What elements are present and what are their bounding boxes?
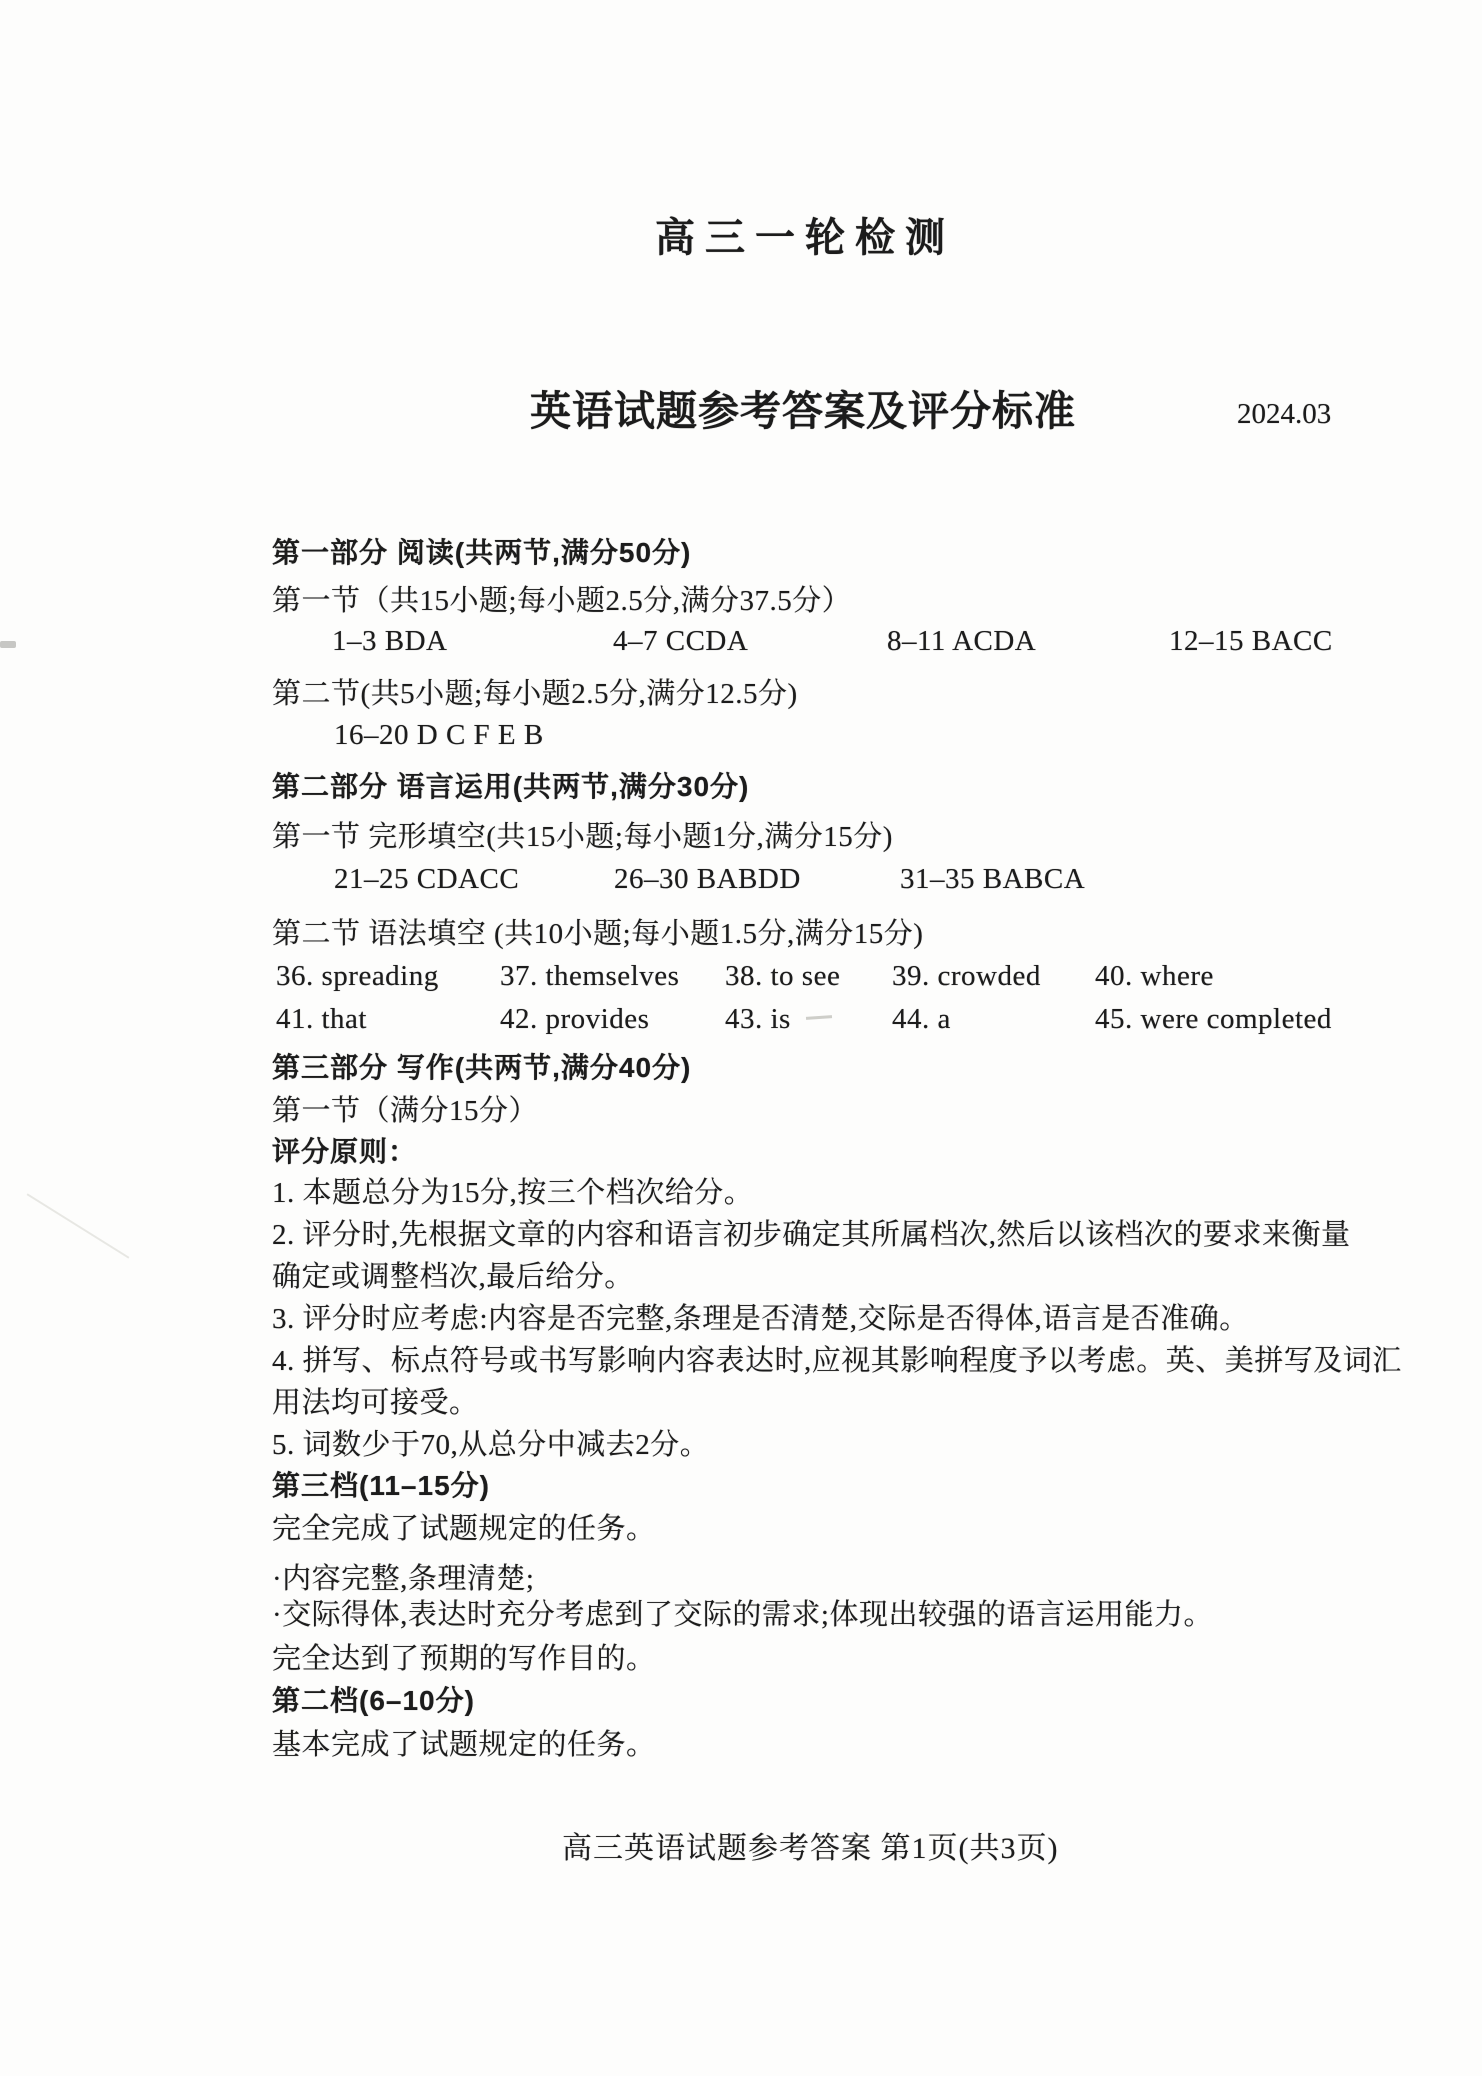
document-subtitle: 英语试题参考答案及评分标准 xyxy=(530,378,1076,437)
part1-section1-label: 第一节（共15小题;每小题2.5分,满分37.5分） xyxy=(272,578,851,619)
band3-line-1: 完全完成了试题规定的任务。 xyxy=(272,1506,656,1547)
band3-line-2: ·内容完整,条理清楚; xyxy=(272,1556,534,1597)
answer-38: 38. to see xyxy=(725,960,840,993)
band2-heading: 第二档(6–10分) xyxy=(272,1679,475,1719)
principle-4: 4. 拼写、标点符号或书写影响内容表达时,应视其影响程度予以考虑。英、美拼写及词… xyxy=(272,1338,1402,1379)
band3-line-3: ·交际得体,表达时充分考虑到了交际的需求;体现出较强的语言运用能力。 xyxy=(272,1592,1213,1633)
part2-section1-answers: 21–25 CDACC 26–30 BABDD 31–35 BABCA xyxy=(0,863,1482,903)
answer-range-31-35: 31–35 BABCA xyxy=(900,863,1085,896)
principle-1: 1. 本题总分为15分,按三个档次给分。 xyxy=(272,1170,753,1211)
document-date: 2024.03 xyxy=(1237,398,1331,431)
principle-3: 3. 评分时应考虑:内容是否完整,条理是否清楚,交际是否得体,语言是否准确。 xyxy=(272,1296,1249,1337)
answer-45: 45. were completed xyxy=(1095,1003,1332,1036)
answer-range-21-25: 21–25 CDACC xyxy=(334,863,519,896)
band3-heading: 第三档(11–15分) xyxy=(272,1464,490,1504)
principle-4-continued: 用法均可接受。 xyxy=(272,1380,479,1421)
part1-section2-label: 第二节(共5小题;每小题2.5分,满分12.5分) xyxy=(272,671,798,712)
answer-36: 36. spreading xyxy=(276,960,439,993)
part3-heading: 第三部分 写作(共两节,满分40分) xyxy=(272,1046,691,1086)
answer-range-26-30: 26–30 BABDD xyxy=(614,863,801,896)
answer-range-4-7: 4–7 CCDA xyxy=(613,625,748,658)
answer-range-8-11: 8–11 ACDA xyxy=(887,625,1036,658)
principle-2-continued: 确定或调整档次,最后给分。 xyxy=(272,1254,634,1295)
part2-section1-label: 第一节 完形填空(共15小题;每小题1分,满分15分) xyxy=(272,814,893,855)
part2-section2-answers-row1: 36. spreading 37. themselves 38. to see … xyxy=(0,960,1482,1000)
principle-5: 5. 词数少于70,从总分中减去2分。 xyxy=(272,1422,709,1463)
answer-41: 41. that xyxy=(276,1003,367,1036)
scan-smudge xyxy=(0,641,16,648)
part1-section2-answers: 16–20 D C F E B xyxy=(0,719,1482,759)
scan-crease xyxy=(27,1193,130,1258)
answer-43: 43. is xyxy=(725,1003,791,1036)
answer-range-1-3: 1–3 BDA xyxy=(332,625,447,658)
band3-line-4: 完全达到了预期的写作目的。 xyxy=(272,1636,656,1677)
scoring-principles-heading: 评分原则： xyxy=(272,1130,417,1170)
page-footer: 高三英语试题参考答案 第1页(共3页) xyxy=(562,1823,1058,1867)
band2-line-1: 基本完成了试题规定的任务。 xyxy=(272,1722,656,1763)
part2-section2-label: 第二节 语法填空 (共10小题;每小题1.5分,满分15分) xyxy=(272,911,923,952)
principle-2: 2. 评分时,先根据文章的内容和语言初步确定其所属档次,然后以该档次的要求来衡量 xyxy=(272,1212,1351,1253)
answer-42: 42. provides xyxy=(500,1003,649,1036)
answer-37: 37. themselves xyxy=(500,960,679,993)
answer-range-16-20: 16–20 D C F E B xyxy=(334,719,544,752)
answer-44: 44. a xyxy=(892,1003,951,1036)
answer-40: 40. where xyxy=(1095,960,1214,993)
part3-section1-label: 第一节（满分15分） xyxy=(272,1088,538,1129)
part2-section2-answers-row2: 41. that 42. provides 43. is 44. a 45. w… xyxy=(0,1003,1482,1043)
part1-section1-answers: 1–3 BDA 4–7 CCDA 8–11 ACDA 12–15 BACC xyxy=(0,625,1482,665)
answer-range-12-15: 12–15 BACC xyxy=(1169,625,1333,658)
document-title: 高三一轮检测 xyxy=(655,206,955,263)
answer-39: 39. crowded xyxy=(892,960,1041,993)
part2-heading: 第二部分 语言运用(共两节,满分30分) xyxy=(272,765,749,805)
part1-heading: 第一部分 阅读(共两节,满分50分) xyxy=(272,531,691,571)
scanned-answer-sheet-page: 高三一轮检测 英语试题参考答案及评分标准 2024.03 第一部分 阅读(共两节… xyxy=(0,0,1482,2076)
